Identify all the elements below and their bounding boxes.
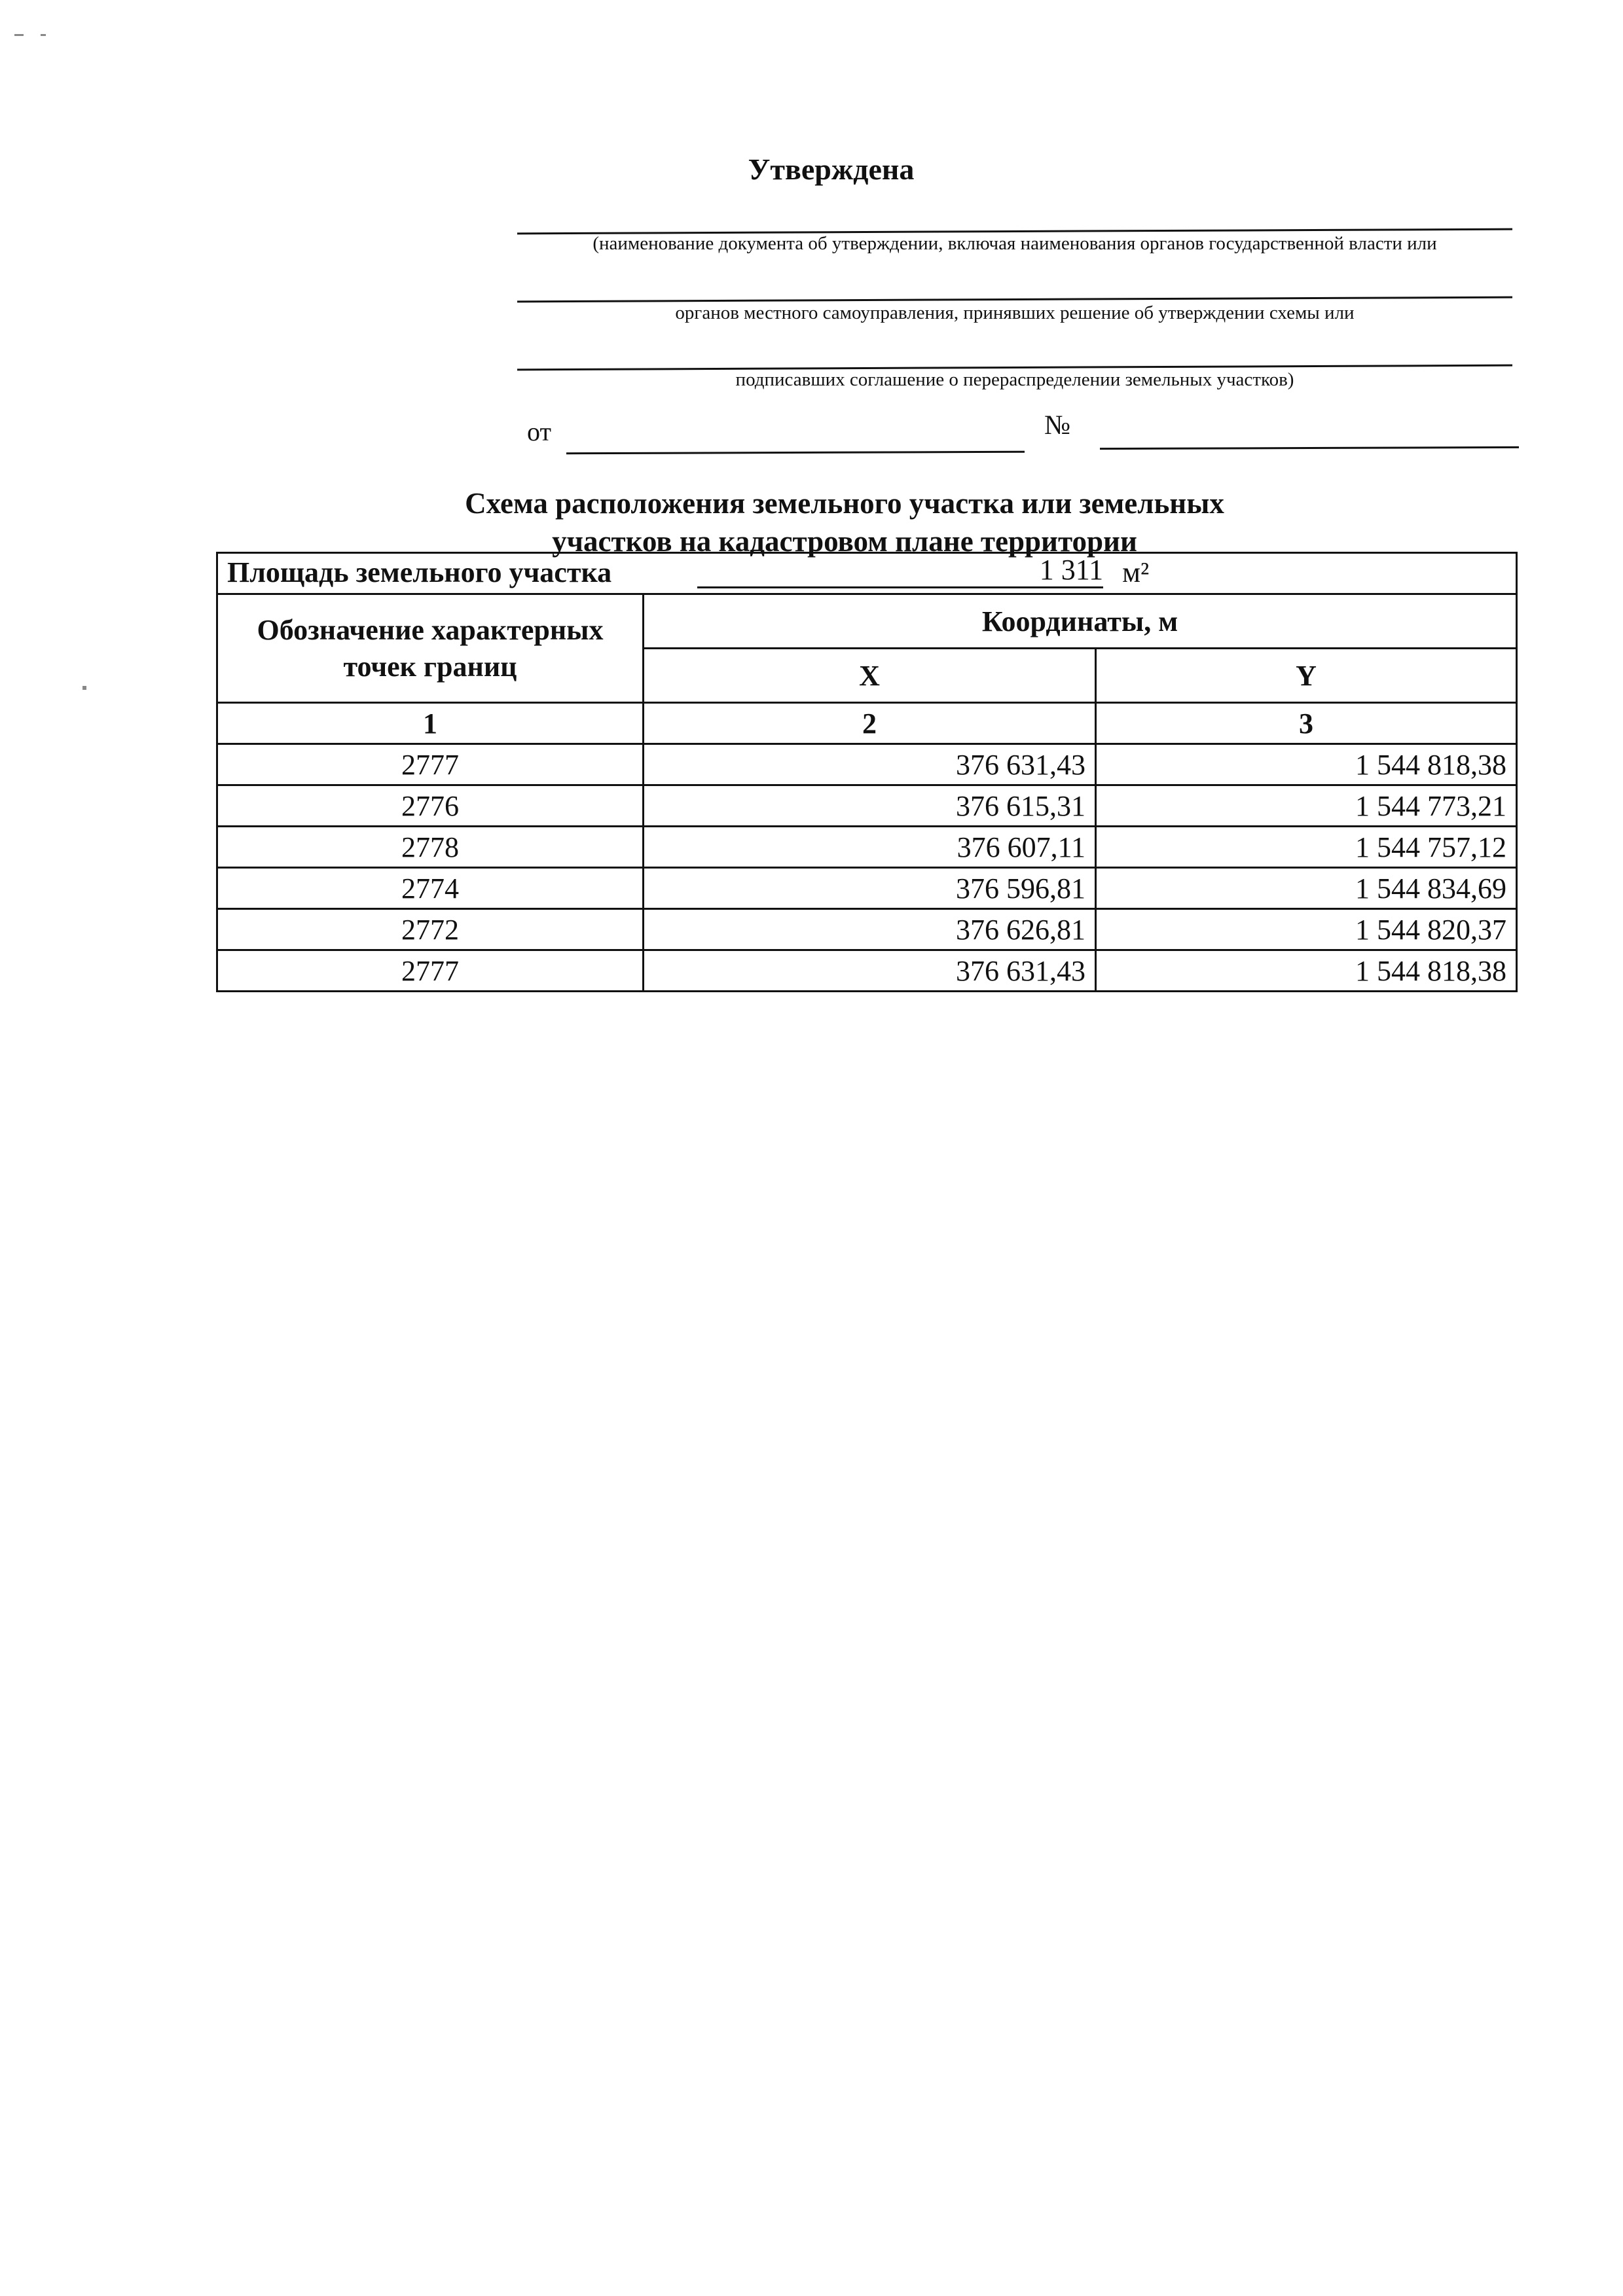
coord-x: 376 631,43 (644, 744, 1096, 785)
coord-y: 1 544 820,37 (1096, 909, 1517, 950)
area-value: 1 311 (1040, 554, 1103, 586)
approval-caption-1: (наименование документа об утверждении, … (517, 233, 1512, 255)
scan-artifact (14, 34, 24, 36)
header-x: X (644, 649, 1096, 703)
number-label: № (1044, 410, 1070, 441)
area-field: 1 311 (697, 553, 1103, 588)
coord-y: 1 544 773,21 (1096, 785, 1517, 827)
table-row: 2772 376 626,81 1 544 820,37 (217, 909, 1517, 950)
scan-artifact (82, 686, 86, 690)
column-number-1: 1 (217, 703, 644, 744)
coord-x: 376 631,43 (644, 950, 1096, 992)
coord-x: 376 596,81 (644, 868, 1096, 909)
coord-y: 1 544 818,38 (1096, 950, 1517, 992)
column-number-3: 3 (1096, 703, 1517, 744)
coord-y: 1 544 757,12 (1096, 827, 1517, 868)
point-id: 2776 (217, 785, 644, 827)
header-points: Обозначение характерных точек границ (217, 594, 644, 703)
coord-x: 376 626,81 (644, 909, 1096, 950)
point-id: 2774 (217, 868, 644, 909)
coord-y: 1 544 834,69 (1096, 868, 1517, 909)
table-row: 2777 376 631,43 1 544 818,38 (217, 744, 1517, 785)
header-coordinates: Координаты, м (644, 594, 1517, 649)
approved-title: Утверждена (0, 152, 1623, 187)
table-row: 2776 376 615,31 1 544 773,21 (217, 785, 1517, 827)
approval-document-line-2[interactable] (517, 296, 1512, 303)
point-id: 2777 (217, 950, 644, 992)
coord-x: 376 615,31 (644, 785, 1096, 827)
coordinates-table: Площадь земельного участка 1 311 м² Обоз… (216, 552, 1518, 992)
column-number-2: 2 (644, 703, 1096, 744)
table-row: 2774 376 596,81 1 544 834,69 (217, 868, 1517, 909)
scan-artifact (41, 34, 46, 36)
point-id: 2778 (217, 827, 644, 868)
document-title: Схема расположения земельного участка ил… (419, 484, 1270, 560)
area-label: Площадь земельного участка (227, 556, 611, 588)
header-row-1: Обозначение характерных точек границ Коо… (217, 594, 1517, 649)
point-id: 2772 (217, 909, 644, 950)
number-field[interactable] (1100, 446, 1519, 450)
area-unit: м² (1122, 556, 1149, 588)
table-row: 2778 376 607,11 1 544 757,12 (217, 827, 1517, 868)
approval-caption-3: подписавших соглашение о перераспределен… (517, 369, 1512, 391)
column-number-row: 1 2 3 (217, 703, 1517, 744)
coord-y: 1 544 818,38 (1096, 744, 1517, 785)
point-id: 2777 (217, 744, 644, 785)
table-row: 2777 376 631,43 1 544 818,38 (217, 950, 1517, 992)
header-y: Y (1096, 649, 1517, 703)
area-row: Площадь земельного участка 1 311 м² (217, 553, 1517, 594)
coord-x: 376 607,11 (644, 827, 1096, 868)
document-title-line-1: Схема расположения земельного участка ил… (419, 484, 1270, 522)
approval-caption-2: органов местного самоуправления, принявш… (517, 302, 1512, 324)
date-label: от (527, 416, 551, 447)
date-field[interactable] (566, 451, 1025, 454)
area-cell: Площадь земельного участка 1 311 м² (217, 553, 1517, 594)
